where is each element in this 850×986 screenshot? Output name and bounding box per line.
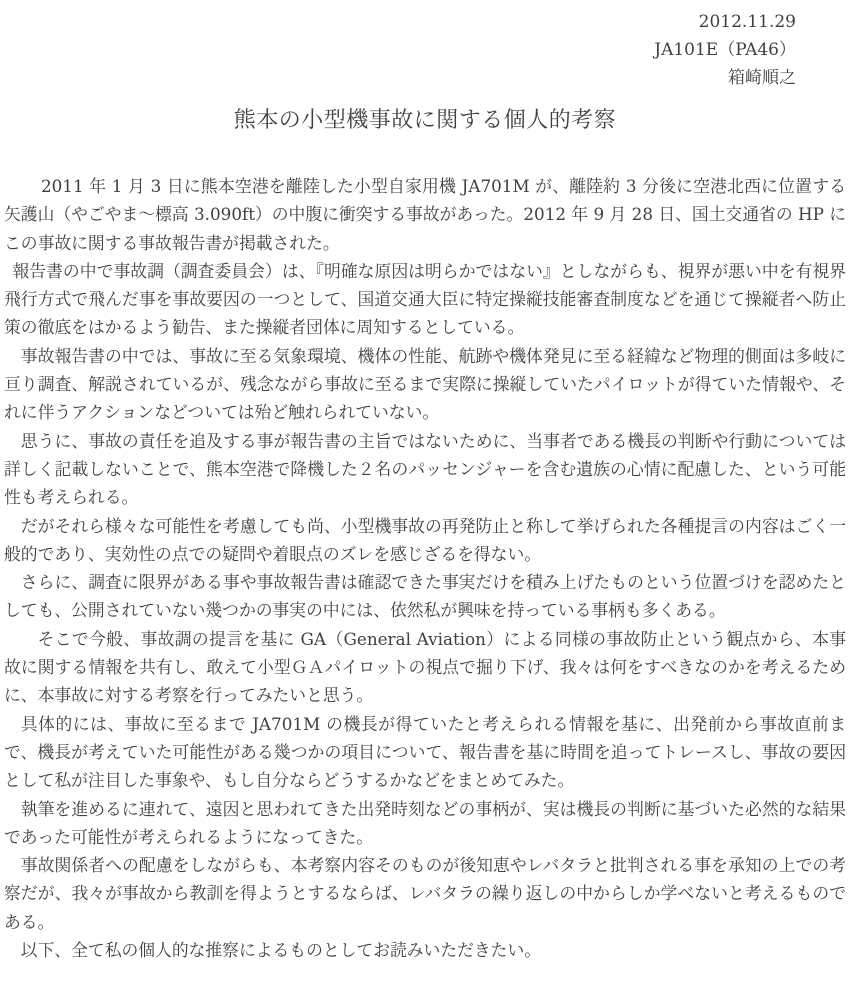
header-registration: JA101E（PA46） xyxy=(4,36,796,64)
paragraph: 具体的には、事故に至るまで JA701M の機長が得ていたと考えられる情報を基に… xyxy=(4,710,846,795)
paragraph: 以下、全て私の個人的な推察によるものとしてお読みいただきたい。 xyxy=(4,936,846,964)
header-date: 2012.11.29 xyxy=(4,8,796,36)
paragraph: 事故報告書の中では、事故に至る気象環境、機体の性能、航跡や機体発見に至る経緯など… xyxy=(4,342,846,427)
document-page: 2012.11.29 JA101E（PA46） 箱崎順之 熊本の小型機事故に関す… xyxy=(0,0,850,986)
header-author: 箱崎順之 xyxy=(4,64,796,92)
paragraph: 2011 年 1 月 3 日に熊本空港を離陸した小型自家用機 JA701M が、… xyxy=(4,172,846,257)
paragraph: 報告書の中で事故調（調査委員会）は、『明確な原因は明らかではない』としながらも、… xyxy=(4,257,846,342)
paragraph: さらに、調査に限界がある事や事故報告書は確認できた事実だけを積み上げたものという… xyxy=(4,568,846,625)
document-body: 2011 年 1 月 3 日に熊本空港を離陸した小型自家用機 JA701M が、… xyxy=(4,172,846,964)
paragraph: 思うに、事故の責任を追及する事が報告書の主旨ではないために、当事者である機長の判… xyxy=(4,427,846,512)
document-title: 熊本の小型機事故に関する個人的考察 xyxy=(4,104,846,138)
document-header: 2012.11.29 JA101E（PA46） 箱崎順之 xyxy=(4,8,846,92)
paragraph: 執筆を進めるに連れて、遠因と思われてきた出発時刻などの事柄が、実は機長の判断に基… xyxy=(4,795,846,852)
paragraph: 事故関係者への配慮をしながらも、本考察内容そのものが後知恵やレバタラと批判される… xyxy=(4,851,846,936)
paragraph: そこで今般、事故調の提言を基に GA（General Aviation）による同… xyxy=(4,625,846,710)
paragraph: だがそれら様々な可能性を考慮しても尚、小型機事故の再発防止と称して挙げられた各種… xyxy=(4,512,846,569)
